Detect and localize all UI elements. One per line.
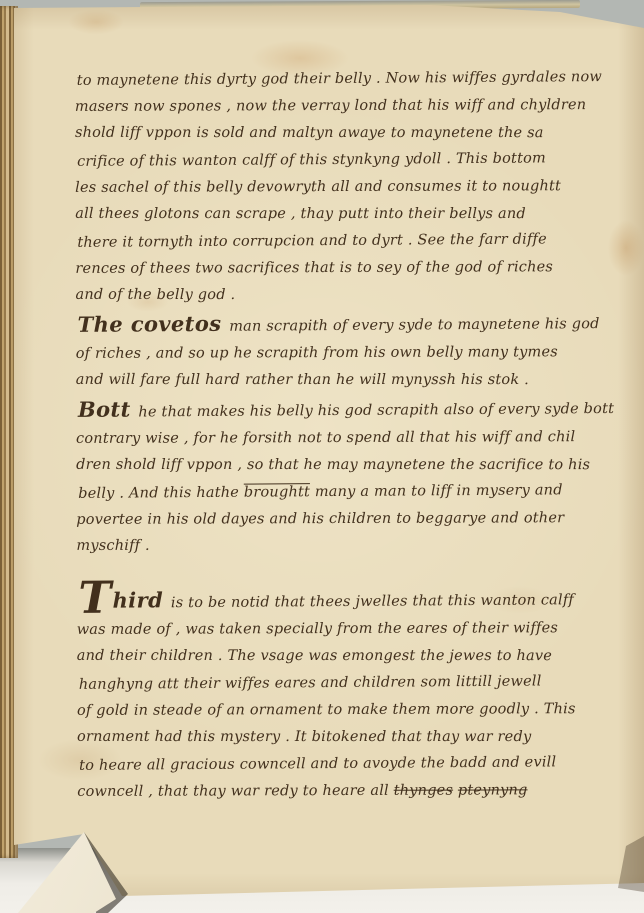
manuscript-line: was made of , was taken specially from t… xyxy=(77,615,595,644)
display-word: hird xyxy=(112,587,170,612)
line-text: man scrapith of every syde to maynetene … xyxy=(229,316,600,335)
text-block: to maynetene this dyrty god their belly … xyxy=(75,65,596,806)
manuscript-line: rences of thees two sacrifices that is t… xyxy=(75,254,593,283)
line-text: all thees glotons can scrape , thay putt… xyxy=(75,206,526,222)
line-text: ornament had this mystery . It bitokened… xyxy=(77,729,531,745)
manuscript-line: myschiff . xyxy=(76,533,594,560)
manuscript-line: Third is to be notid that thees jwelles … xyxy=(78,583,596,618)
display-word: T xyxy=(78,573,111,624)
manuscript-line: crifice of this wanton calff of this sty… xyxy=(77,145,595,176)
manuscript-line: les sachel of this belly devowryth all a… xyxy=(75,173,593,202)
line-text: was made of , was taken specially from t… xyxy=(77,620,558,638)
manuscript-line: and will fare full hard rather than he w… xyxy=(76,367,594,394)
line-text: myschiff . xyxy=(76,538,149,554)
line-text: to maynetene this dyrty god their belly … xyxy=(77,69,602,89)
line-text: he that makes his belly his god scrapith… xyxy=(138,401,614,420)
line-text: cowncell , that thay war redy to heare a… xyxy=(77,783,393,800)
line-text: hanghyng att their wiffes eares and chil… xyxy=(79,673,542,692)
line-text: pteynyng xyxy=(458,782,528,798)
line-text: belly . And this hathe xyxy=(78,485,244,502)
manuscript-line: cowncell , that thay war redy to heare a… xyxy=(77,777,595,806)
line-text: thynges xyxy=(394,783,453,799)
manuscript-line: and their children . The vsage was emong… xyxy=(77,643,595,670)
line-text: rences of thees two sacrifices that is t… xyxy=(75,259,553,277)
line-text: and of the belly god . xyxy=(76,287,236,303)
manuscript-line: povertee in his old dayes and his childr… xyxy=(76,505,594,534)
manuscript-line: contrary wise , for he forsith not to sp… xyxy=(76,424,594,453)
manuscript-line: masers now spones , now the verray lond … xyxy=(75,92,593,121)
manuscript-line: and of the belly god . xyxy=(76,282,594,309)
line-text: is to be notid that thees jwelles that t… xyxy=(171,592,574,611)
line-text: many a man to liff in mysery and xyxy=(310,482,563,500)
display-word: Bott xyxy=(78,396,139,421)
manuscript-page: to maynetene this dyrty god their belly … xyxy=(0,0,644,913)
manuscript-line: of gold in steade of an ornament to make… xyxy=(77,696,595,725)
line-text: povertee in his old dayes and his childr… xyxy=(76,510,564,528)
line-text: of gold in steade of an ornament to make… xyxy=(77,701,576,719)
display-word: The covetos xyxy=(78,311,230,337)
line-text: masers now spones , now the verray lond … xyxy=(75,97,586,115)
line-text: dren shold liff vppon , so that he may m… xyxy=(76,457,590,473)
line-text: and their children . The vsage was emong… xyxy=(77,648,552,664)
line-text: shold liff vppon is sold and maltyn away… xyxy=(75,125,544,141)
manuscript-line: shold liff vppon is sold and maltyn away… xyxy=(75,120,593,147)
line-text: there it tornyth into corrupcion and to … xyxy=(77,231,547,250)
manuscript-line: dren shold liff vppon , so that he may m… xyxy=(76,452,594,479)
manuscript-line: Bott he that makes his belly his god scr… xyxy=(78,392,596,427)
line-text: to heare all gracious cowncell and to av… xyxy=(79,754,556,773)
manuscript-line: ornament had this mystery . It bitokened… xyxy=(77,724,595,751)
manuscript-line: of riches , and so up he scrapith from h… xyxy=(76,339,594,368)
manuscript-line: to maynetene this dyrty god their belly … xyxy=(77,64,595,95)
manuscript-line: The covetos man scrapith of every syde t… xyxy=(78,307,596,342)
line-text: and will fare full hard rather than he w… xyxy=(76,372,529,388)
line-text: of riches , and so up he scrapith from h… xyxy=(76,344,558,362)
line-text: les sachel of this belly devowryth all a… xyxy=(75,178,561,196)
manuscript-line: all thees glotons can scrape , thay putt… xyxy=(75,201,593,228)
manuscript-line: to heare all gracious cowncell and to av… xyxy=(79,749,597,780)
line-text: contrary wise , for he forsith not to sp… xyxy=(76,429,575,447)
manuscript-line: hanghyng att their wiffes eares and chil… xyxy=(79,668,597,699)
manuscript-line: belly . And this hathe broughtt many a m… xyxy=(78,477,596,508)
line-text: crifice of this wanton calff of this sty… xyxy=(77,150,546,169)
line-text: broughtt xyxy=(244,484,310,500)
scan-background: to maynetene this dyrty god their belly … xyxy=(0,0,644,913)
manuscript-line: there it tornyth into corrupcion and to … xyxy=(77,226,595,257)
